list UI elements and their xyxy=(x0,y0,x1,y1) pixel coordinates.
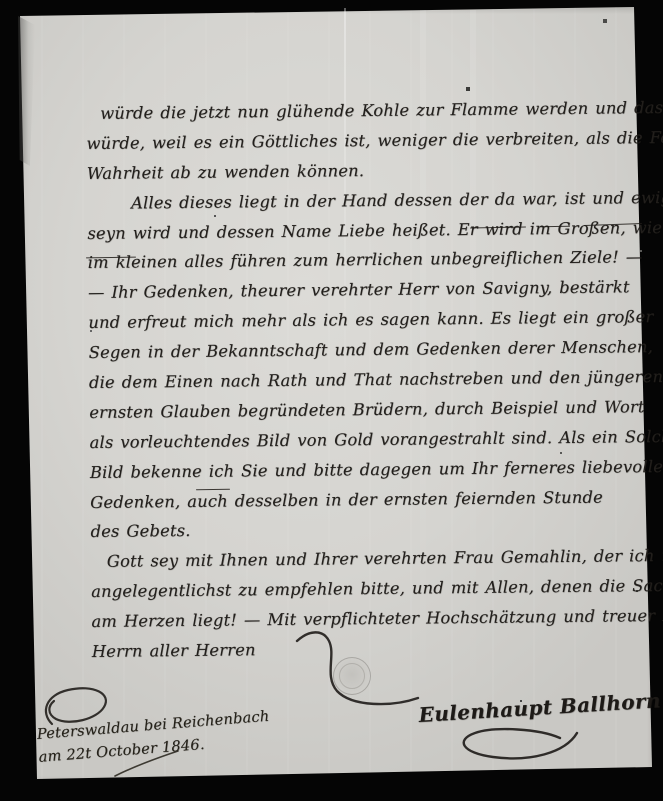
handwritten-line: am Herzen liegt! — Mit verpflichteter Ho… xyxy=(91,601,659,637)
dust-specks xyxy=(0,0,2,2)
letter-body: würde die jetzt nun glühende Kohle zur F… xyxy=(86,93,660,667)
handwritten-line: würde, weil es ein Göttliches ist, wenig… xyxy=(86,123,654,159)
embossed-stamp-center xyxy=(339,663,365,689)
embossed-stamp-icon xyxy=(333,657,371,695)
handwritten-line: Herrn aller Herren xyxy=(92,631,660,667)
scanned-letter-photo: würde die jetzt nun glühende Kohle zur F… xyxy=(0,0,663,801)
